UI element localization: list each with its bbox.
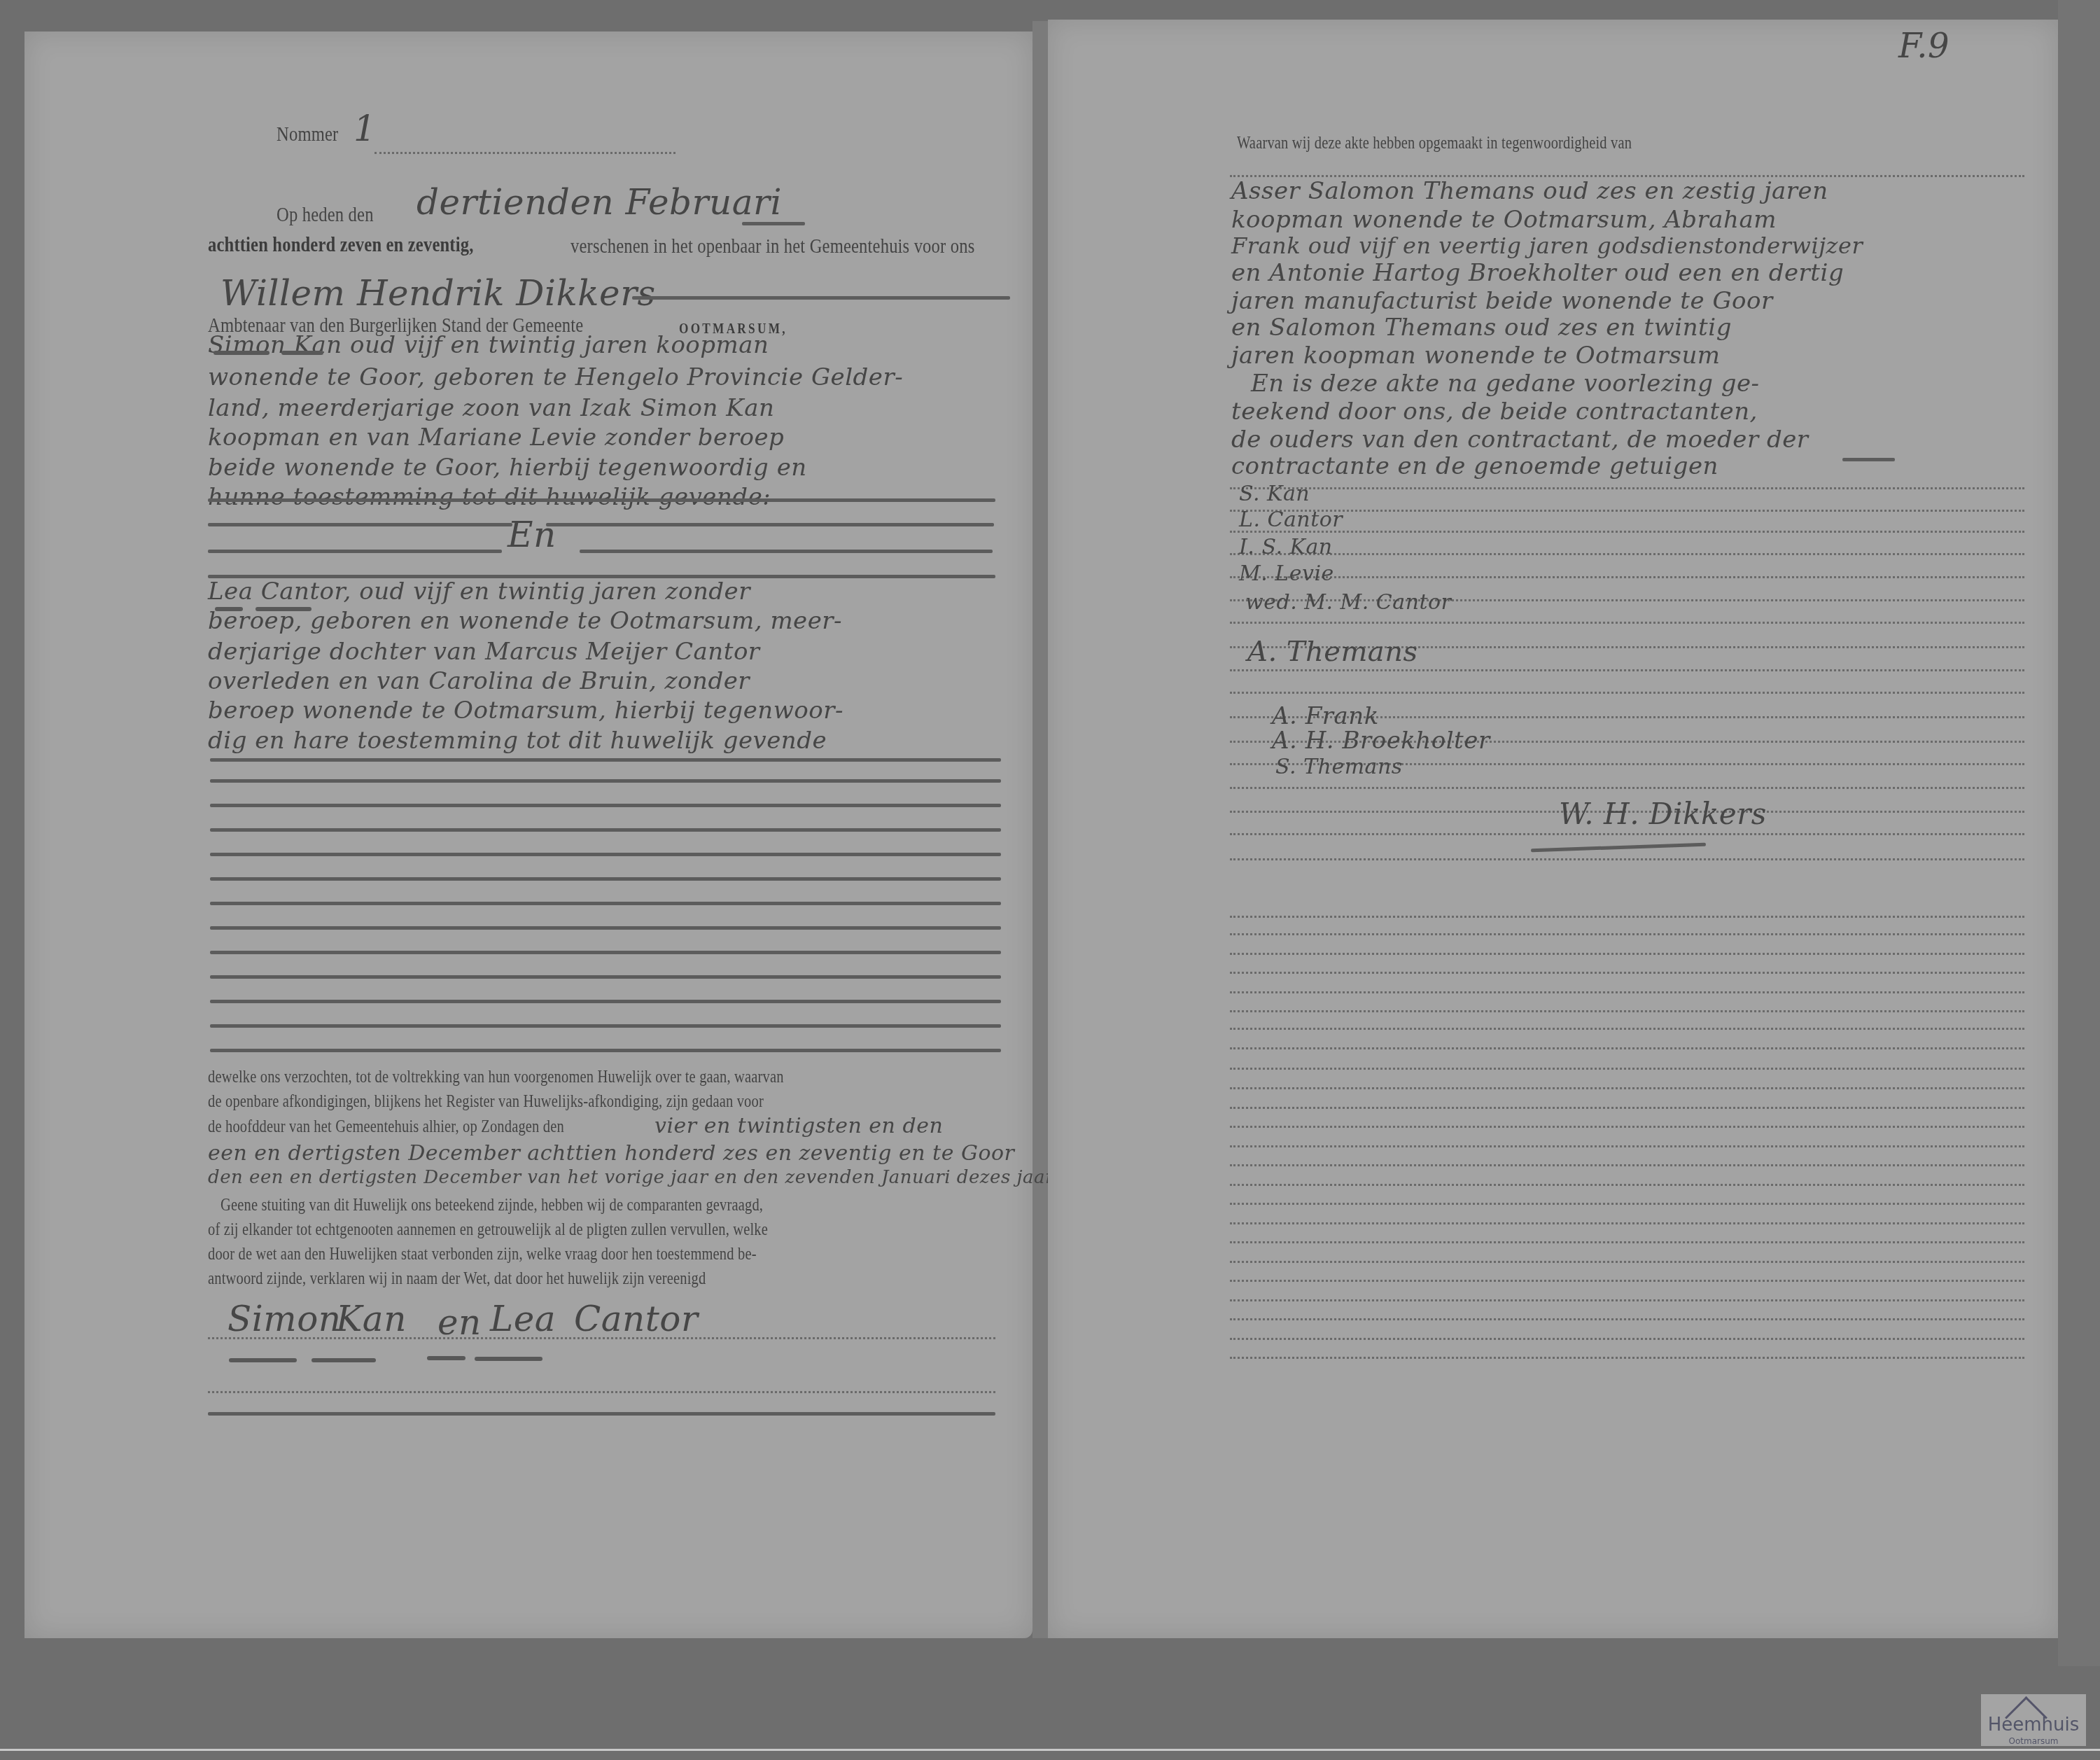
- logo-name: Heemhuis: [1981, 1715, 2086, 1735]
- logo-subtitle: Ootmarsum: [1981, 1736, 2086, 1746]
- name-underline: [255, 607, 311, 611]
- dotted-line: [1230, 833, 2024, 835]
- closing-rule: [208, 1412, 995, 1416]
- filler-rule: [1842, 458, 1895, 461]
- dotted-line: [1230, 1261, 2024, 1263]
- blank-rule: [210, 804, 1001, 807]
- declaration-text: door de wet aan den Huwelijken staat ver…: [208, 1245, 757, 1264]
- name-underline: [213, 351, 269, 355]
- witness-line: koopman wonende te Ootmarsum, Abraham: [1231, 206, 1777, 234]
- groom-first-name: Simon: [227, 1299, 341, 1339]
- dotted-line: [1230, 916, 2024, 918]
- dotted-line: [1230, 553, 2024, 555]
- dotted-line: [1230, 1222, 2024, 1224]
- scan-border-line: [0, 1749, 2100, 1751]
- left-page: Nommer 1 Op heden den dertienden Februar…: [24, 32, 1032, 1638]
- dotted-line: [1230, 1280, 2024, 1282]
- witness-line: jaren koopman wonende te Ootmarsum: [1231, 342, 1721, 370]
- year-printed: achttien honderd zeven en zeventig,: [208, 233, 473, 257]
- appeared-text: verschenen in het openbaar in het Gemeen…: [570, 235, 974, 258]
- filler-rule: [742, 222, 805, 225]
- separator-word: En: [507, 515, 556, 555]
- request-text: de openbare afkondigingen, blijkens het …: [208, 1092, 764, 1112]
- proclamation-handwritten: den een en dertigsten December van het v…: [208, 1167, 1064, 1188]
- signature: A. H. Broekholter: [1272, 727, 1490, 755]
- blank-rule: [210, 828, 1001, 832]
- blank-rule: [210, 758, 1001, 762]
- name-underline: [475, 1357, 542, 1361]
- blank-rule: [210, 853, 1001, 856]
- groom-line: Simon Kan oud vijf en twintig jaren koop…: [208, 331, 769, 359]
- declaration-text: of zij elkander tot echtgenooten aanneme…: [208, 1220, 768, 1240]
- book-edge: [2058, 0, 2100, 1666]
- dotted-line: [1230, 1028, 2024, 1030]
- dotted-line: [1230, 576, 2024, 578]
- name-underline: [215, 607, 243, 611]
- witness-line: En is deze akte na gedane voorlezing ge-: [1251, 370, 1760, 398]
- signature-flourish: [1531, 843, 1706, 853]
- signature: S. Themans: [1275, 755, 1403, 779]
- signature: I. S. Kan: [1239, 535, 1333, 559]
- groom-line: wonende te Goor, geboren te Hengelo Prov…: [208, 363, 903, 391]
- separator-rule: [208, 550, 502, 553]
- right-page: F.9 Waarvan wij deze akte hebben opgemaa…: [1048, 20, 2058, 1638]
- name-underline: [427, 1356, 465, 1360]
- dotted-line: [1230, 531, 2024, 533]
- bride-line: dig en hare toestemming tot dit huwelijk…: [208, 727, 827, 755]
- bride-first-name: Lea: [490, 1299, 556, 1339]
- dotted-line: [1230, 1338, 2024, 1340]
- bride-line: beroep wonende te Ootmarsum, hierbij teg…: [208, 697, 843, 725]
- witness-line: Asser Salomon Themans oud zes en zestig …: [1231, 177, 1828, 205]
- declaration-text: antwoord zijnde, verklaren wij in naam d…: [208, 1269, 706, 1289]
- book-gutter: [1032, 21, 1048, 1638]
- name-underline: [281, 351, 323, 355]
- signature: wed. M. M. Cantor: [1245, 590, 1451, 615]
- dotted-line: [1230, 991, 2024, 993]
- dotted-line: [1230, 1318, 2024, 1320]
- bride-line: Lea Cantor, oud vijf en twintig jaren zo…: [208, 578, 750, 606]
- dotted-line: [1230, 1164, 2024, 1166]
- name-underline: [229, 1358, 297, 1362]
- dotted-line: [1230, 787, 2024, 789]
- dotted-line: [1230, 1068, 2024, 1070]
- blank-rule: [210, 1024, 1001, 1028]
- witness-line: teekend door ons, de beide contractanten…: [1231, 398, 1758, 426]
- separator-rule: [208, 523, 512, 526]
- official-name: Willem Hendrik Dikkers: [220, 273, 656, 314]
- witness-line: jaren manufacturist beide wonende te Goo…: [1231, 287, 1773, 315]
- date-prefix: Op heden den: [276, 203, 374, 227]
- separator-rule: [580, 550, 993, 553]
- date-handwritten: dertienden Februari: [416, 182, 782, 223]
- dotted-line: [1230, 1184, 2024, 1186]
- blank-rule: [210, 779, 1001, 783]
- witness-line: en Antonie Hartog Broekholter oud een en…: [1231, 259, 1844, 287]
- registrar-signature: W. H. Dikkers: [1559, 797, 1767, 831]
- dotted-line: [1230, 972, 2024, 974]
- dotted-line: [1230, 510, 2024, 512]
- groom-last-name: Kan: [336, 1299, 407, 1339]
- dotted-line: [1230, 1241, 2024, 1243]
- dotted-line: [1230, 622, 2024, 624]
- dotted-line: [1230, 1126, 2024, 1128]
- dotted-line: [1230, 1010, 2024, 1012]
- bride-line: beroep, geboren en wonende te Ootmarsum,…: [208, 607, 842, 635]
- separator-rule: [546, 523, 994, 526]
- witness-line: de ouders van den contractant, de moeder…: [1231, 426, 1809, 454]
- bride-line: derjarige dochter van Marcus Meijer Cant…: [208, 638, 760, 666]
- dotted-line: [1230, 1299, 2024, 1301]
- witness-line: Frank oud vijf en veertig jaren godsdien…: [1231, 232, 1863, 259]
- dotted-line: [208, 1337, 995, 1339]
- blank-rule: [210, 951, 1001, 954]
- number-label: Nommer: [276, 123, 338, 146]
- request-text: de hoofddeur van het Gemeentehuis alhier…: [208, 1117, 564, 1137]
- dotted-line: [1230, 1087, 2024, 1089]
- filler-rule: [632, 296, 1010, 300]
- signature: M. Levie: [1239, 561, 1334, 586]
- dotted-line: [1230, 487, 2024, 489]
- signature: L. Cantor: [1239, 508, 1343, 532]
- groom-line: land, meerderjarige zoon van Izak Simon …: [208, 394, 774, 422]
- dotted-line: [208, 1391, 995, 1393]
- name-underline: [311, 1358, 376, 1362]
- dotted-line: [1230, 1145, 2024, 1147]
- request-text: dewelke ons verzochten, tot de voltrekki…: [208, 1068, 784, 1087]
- witness-line: contractante en de genoemde getuigen: [1231, 452, 1718, 480]
- dotted-line: [1230, 1047, 2024, 1049]
- witness-line: en Salomon Themans oud zes en twintig: [1231, 314, 1732, 342]
- blank-rule: [210, 975, 1001, 979]
- separator-rule: [208, 498, 995, 502]
- groom-line: koopman en van Mariane Levie zonder bero…: [208, 424, 784, 452]
- signature: S. Kan: [1239, 482, 1310, 506]
- dotted-line: [1230, 858, 2024, 860]
- folio-mark: F.9: [1898, 27, 1949, 66]
- blank-rule: [210, 1000, 1001, 1003]
- signature: A. Themans: [1247, 636, 1418, 668]
- number-value: 1: [353, 109, 376, 149]
- dotted-line: [1230, 933, 2024, 935]
- blank-rule: [210, 926, 1001, 930]
- groom-line: hunne toestemming tot dit huwelijk geven…: [208, 483, 771, 511]
- signature: A. Frank: [1272, 702, 1379, 730]
- declaration-text: Geene stuiting van dit Huwelijk ons bete…: [220, 1196, 763, 1215]
- blank-rule: [210, 902, 1001, 905]
- dotted-line: [1230, 953, 2024, 955]
- dotted-line: [1230, 1107, 2024, 1109]
- proclamation-handwritten: vier en twintigsten en den: [654, 1114, 943, 1138]
- dotted-line: [374, 152, 675, 154]
- dotted-line: [1230, 1203, 2024, 1205]
- dotted-line: [1230, 669, 2024, 671]
- witness-intro: Waarvan wij deze akte hebben opgemaakt i…: [1237, 134, 1632, 153]
- groom-line: beide wonende te Goor, hierbij tegenwoor…: [208, 454, 807, 482]
- blank-rule: [210, 1049, 1001, 1052]
- blank-rule: [210, 877, 1001, 881]
- dotted-line: [1230, 692, 2024, 694]
- bride-last-name: Cantor: [574, 1299, 698, 1339]
- heemhuis-logo: Heemhuis Ootmarsum: [1981, 1694, 2086, 1746]
- dotted-line: [1230, 1357, 2024, 1359]
- proclamation-handwritten: een en dertigsten December achttien hond…: [208, 1141, 1014, 1166]
- bride-line: overleden en van Carolina de Bruin, zond…: [208, 667, 750, 695]
